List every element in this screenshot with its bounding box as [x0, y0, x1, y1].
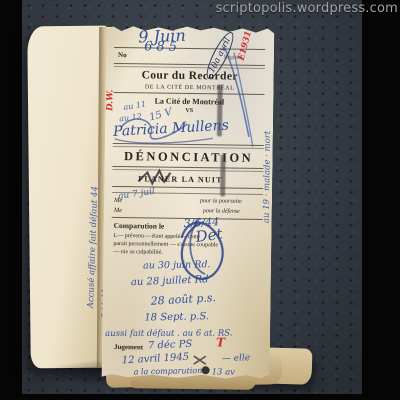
- appeal-suffix-note: — elle: [222, 353, 251, 364]
- appeal-date-note: 12 avril 1945: [122, 352, 190, 367]
- red-t-note: T: [216, 335, 225, 349]
- red-initials-note: D.W.: [105, 61, 116, 111]
- no-label: No: [118, 51, 127, 59]
- body-line-3: — nie sa culpabilité.: [113, 249, 163, 256]
- archival-photo: scriptopolis.wordpress.com Accusé affair…: [0, 0, 400, 400]
- watermark: scriptopolis.wordpress.com: [216, 1, 398, 16]
- july-note: au 7 juil: [118, 187, 156, 202]
- defense-label: pour la défense: [203, 208, 240, 215]
- det-scribble-note: Det: [195, 225, 224, 246]
- postponement-note-3: 18 Sept. p.S.: [144, 311, 209, 323]
- comparution-label: Comparution le: [114, 221, 165, 231]
- charge-line: FLANER LA NUIT: [138, 174, 222, 184]
- comparution-note-date: 13 av: [212, 367, 236, 377]
- me-label-2: Me: [114, 207, 122, 214]
- rule-line: [114, 92, 265, 95]
- comparution-note: a la comparution: [134, 366, 203, 376]
- red-code-note: E1931: [237, 30, 254, 62]
- body-line-1: L— prévenu— étant appelé— com-: [113, 233, 200, 240]
- postponement-note-4: aussi fait défaut . au 6 at. RS.: [105, 329, 232, 339]
- denonciation-card: 9 Juin No 685 Régistre Cour du Recorder …: [102, 25, 275, 379]
- court-subtitle: DE LA CITÉ DE MONTRÉAL: [106, 84, 274, 92]
- rule-line: [112, 169, 263, 172]
- judgment-date-note: 7 déc PS: [148, 339, 193, 352]
- postponement-note-1: au 28 juillet Rd: [131, 274, 209, 288]
- court-title: Cour du Recorder: [106, 69, 274, 83]
- judgment-label: Jugement: [114, 343, 143, 351]
- me-label-1: Me: [114, 197, 122, 204]
- case-number-note: 685: [144, 39, 181, 55]
- postponement-note-2: 28 août p.s.: [150, 291, 216, 308]
- postponement-note-0: au 30 juin Rd.: [143, 259, 211, 271]
- denonciation-title: DÉNONCIATION: [105, 149, 273, 166]
- prosecution-label: pour la poursuite: [200, 198, 242, 205]
